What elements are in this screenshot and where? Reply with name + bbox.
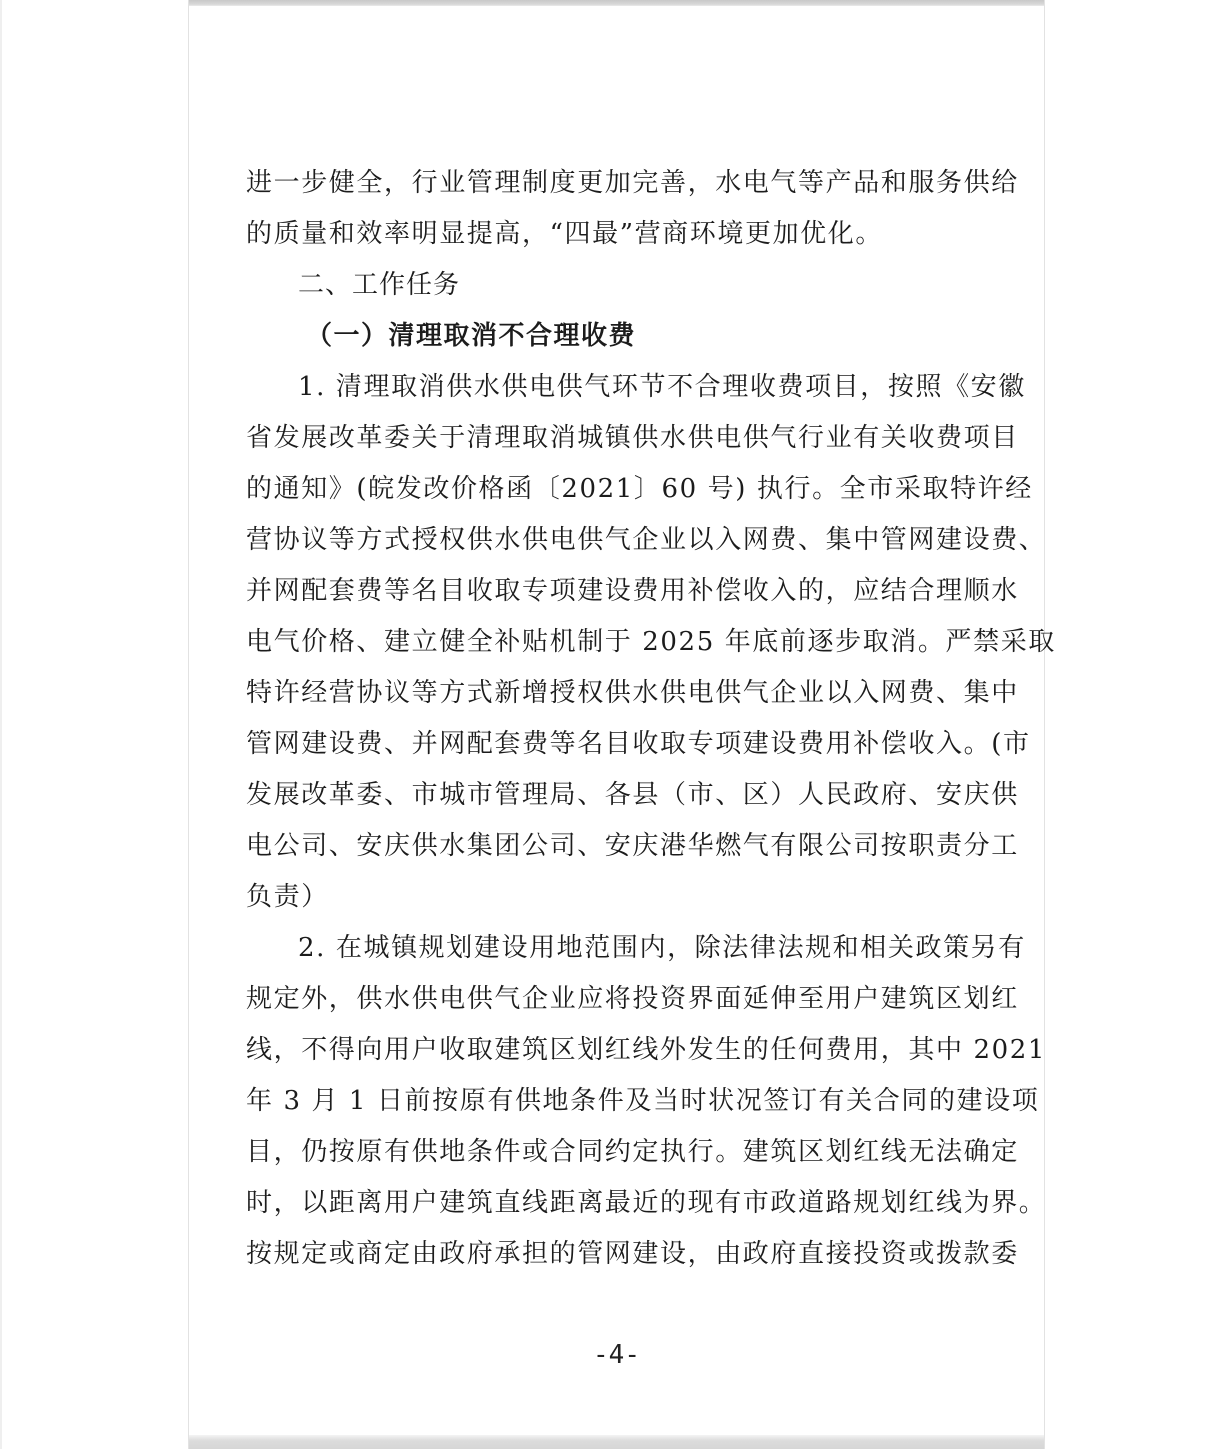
page-top-edge: [189, 0, 1044, 6]
paragraph-line: 2. 在城镇规划建设用地范围内，除法律法规和相关政策另有: [246, 925, 1011, 976]
paragraph-line: 电公司、安庆供水集团公司、安庆港华燃气有限公司按职责分工: [246, 823, 1011, 874]
paragraph-line: 按规定或商定由政府承担的管网建设，由政府直接投资或拨款委: [246, 1231, 1011, 1282]
paragraph-line: 管网建设费、并网配套费等名目收取专项建设费用补偿收入。(市: [246, 721, 1011, 772]
page-number: -4-: [189, 1340, 1044, 1370]
paragraph-line: 并网配套费等名目收取专项建设费用补偿收入的，应结合理顺水: [246, 568, 1011, 619]
viewer-left-edge: [0, 0, 2, 1449]
paragraph-line: 1. 清理取消供水供电供气环节不合理收费项目，按照《安徽: [246, 364, 1011, 415]
paragraph-line: 特许经营协议等方式新增授权供水供电供气企业以入网费、集中: [246, 670, 1011, 721]
paragraph-line: 的通知》(皖发改价格函〔2021〕60 号) 执行。全市采取特许经: [246, 466, 1011, 517]
paragraph-line: 线，不得向用户收取建筑区划红线外发生的任何费用，其中 2021: [246, 1027, 1011, 1078]
section-heading: 二、工作任务: [246, 262, 1011, 313]
paragraph-line: 时，以距离用户建筑直线距离最近的现有市政道路规划红线为界。: [246, 1180, 1011, 1231]
paragraph-line: 的质量和效率明显提高，“四最”营商环境更加优化。: [246, 211, 1011, 262]
paragraph-line: 年 3 月 1 日前按原有供地条件及当时状况签订有关合同的建设项: [246, 1078, 1011, 1129]
paragraph-line: 发展改革委、市城市管理局、各县（市、区）人民政府、安庆供: [246, 772, 1011, 823]
paragraph-line: 目，仍按原有供地条件或合同约定执行。建筑区划红线无法确定: [246, 1129, 1011, 1180]
document-body: 进一步健全，行业管理制度更加完善，水电气等产品和服务供给 的质量和效率明显提高，…: [246, 160, 1011, 1282]
subsection-heading: （一）清理取消不合理收费: [246, 313, 1011, 364]
paragraph-line: 电气价格、建立健全补贴机制于 2025 年底前逐步取消。严禁采取: [246, 619, 1011, 670]
paragraph-line: 规定外，供水供电供气企业应将投资界面延伸至用户建筑区划红: [246, 976, 1011, 1027]
page-bottom-edge: [189, 1435, 1044, 1449]
paragraph-line: 负责）: [246, 874, 1011, 925]
paragraph-line: 进一步健全，行业管理制度更加完善，水电气等产品和服务供给: [246, 160, 1011, 211]
paragraph-line: 营协议等方式授权供水供电供气企业以入网费、集中管网建设费、: [246, 517, 1011, 568]
document-page: 进一步健全，行业管理制度更加完善，水电气等产品和服务供给 的质量和效率明显提高，…: [188, 0, 1045, 1449]
paragraph-line: 省发展改革委关于清理取消城镇供水供电供气行业有关收费项目: [246, 415, 1011, 466]
